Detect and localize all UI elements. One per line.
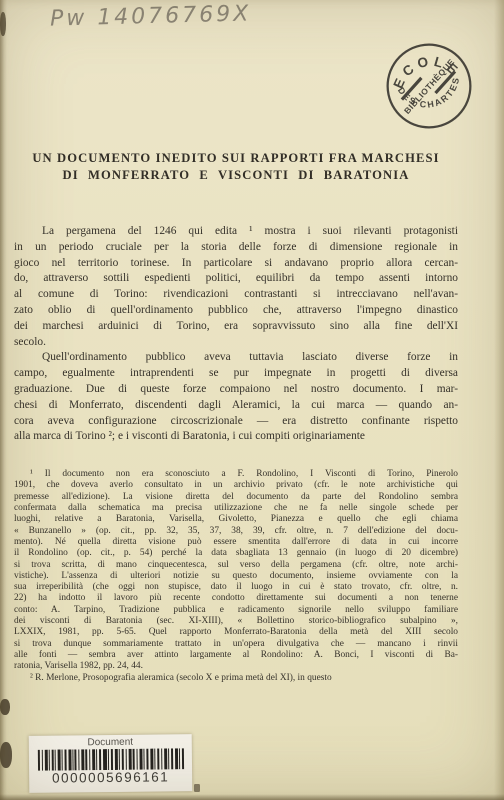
handwritten-shelfmark: Pw 14076769X — [50, 1, 252, 31]
title-line-1: UN DOCUMENTO INEDITO SUI RAPPORTI FRA MA… — [14, 150, 458, 167]
text-line: do, attraverso sottili espedienti politi… — [14, 271, 458, 287]
footnotes-block: ¹ Il documento non era sconosciuto a F. … — [14, 469, 458, 684]
barcode-label: Document 0000005696161 — [29, 734, 193, 793]
text-line: zato oblio di quell'ordinamento pubblico… — [14, 303, 458, 319]
scan-artifact — [0, 12, 6, 36]
text-line: sua irreperibilità (che oggi non stupisc… — [14, 582, 458, 593]
text-line: in un periodo cruciale per la storia del… — [14, 240, 458, 256]
barcode-icon — [36, 748, 184, 771]
text-line: si trova dunque sommariamente trattato i… — [14, 639, 458, 650]
text-line: premesse all'edizione). La visione diret… — [14, 492, 458, 503]
text-line: vistiche). L'assenza di ulteriori notizi… — [14, 571, 458, 582]
text-line: mento). Né quella diretta visione può es… — [14, 537, 458, 548]
paragraph-2: Quell'ordinamento pubblico aveva tuttavi… — [14, 350, 458, 445]
text-line: si trova scritta, di mano cinquecentesca… — [14, 560, 458, 571]
text-line: chesi di Monferrato, discendenti dagli A… — [14, 398, 458, 414]
scanned-book-page: Pw 14076769X ECOLE DES CHARTES BIBLIOTHÈ… — [0, 0, 504, 800]
text-line: secolo. — [14, 335, 458, 351]
text-line: « Bunzanello » (op. cit., pp. 32, 35, 37… — [14, 526, 458, 537]
text-line: confermata dalla schematica ma precisa u… — [14, 503, 458, 514]
text-line: La pergamena del 1246 qui edita ¹ mostra… — [14, 224, 458, 240]
scan-artifact — [0, 742, 12, 768]
text-line: alle fonti — sembra aver attinto largame… — [14, 650, 458, 661]
text-line: 1901, che doveva averlo consultato in un… — [14, 480, 458, 491]
text-line: conto: A. Tarpino, Tradizione pubblica e… — [14, 605, 458, 616]
text-line: campo, egualmente intraprendenti se pur … — [14, 366, 458, 382]
text-line: ratonia, Varisella 1982, pp. 24, 44. — [14, 661, 458, 672]
text-line: LXXIX, 1981, pp. 5-65. Quel rapporto Mon… — [14, 627, 458, 638]
text-line: al comune di Torino: rivendicazioni cont… — [14, 287, 458, 303]
text-line: Quell'ordinamento pubblico aveva tuttavi… — [14, 350, 458, 366]
text-line: cora aveva configurazione circoscriziona… — [14, 414, 458, 430]
scan-artifact — [194, 784, 200, 792]
text-line: dei marchesi arduinici di Torino, era so… — [14, 319, 458, 335]
scan-edge-bottom — [0, 794, 504, 800]
text-line: 22) ha indotto il lavoro più recente con… — [14, 593, 458, 604]
text-line: alla marca di Torino ²; e i visconti di … — [14, 429, 458, 445]
body-text: La pergamena del 1246 qui edita ¹ mostra… — [14, 224, 458, 445]
scan-artifact — [0, 699, 10, 715]
text-line: graduazione. Due di queste forze compaio… — [14, 382, 458, 398]
text-line: ² R. Merlone, Prosopografia aleramica (s… — [14, 673, 458, 684]
barcode-label-title: Document — [29, 736, 192, 749]
text-line: il Rondolino (op. cit., p. 54) perché la… — [14, 548, 458, 559]
paragraph-1: La pergamena del 1246 qui edita ¹ mostra… — [14, 224, 458, 350]
scan-edge-left — [0, 0, 7, 800]
text-line: ¹ Il documento non era sconosciuto a F. … — [14, 469, 458, 480]
scan-edge-right — [494, 0, 504, 800]
text-line: gioco nel territorio torinese. In partic… — [14, 256, 458, 272]
text-line: luoghi, relative a Baratonia, Varisella,… — [14, 514, 458, 525]
title-line-2: DI MONFERRATO E VISCONTI DI BARATONIA — [14, 167, 458, 184]
barcode-number: 0000005696161 — [29, 769, 192, 786]
article-title: UN DOCUMENTO INEDITO SUI RAPPORTI FRA MA… — [14, 150, 458, 184]
library-stamp-icon: ECOLE DES CHARTES BIBLIOTHÈQUE — [382, 38, 476, 134]
text-line: dei visconti di Baratonia (sec. XI-XIII)… — [14, 616, 458, 627]
printed-content: UN DOCUMENTO INEDITO SUI RAPPORTI FRA MA… — [14, 150, 458, 684]
